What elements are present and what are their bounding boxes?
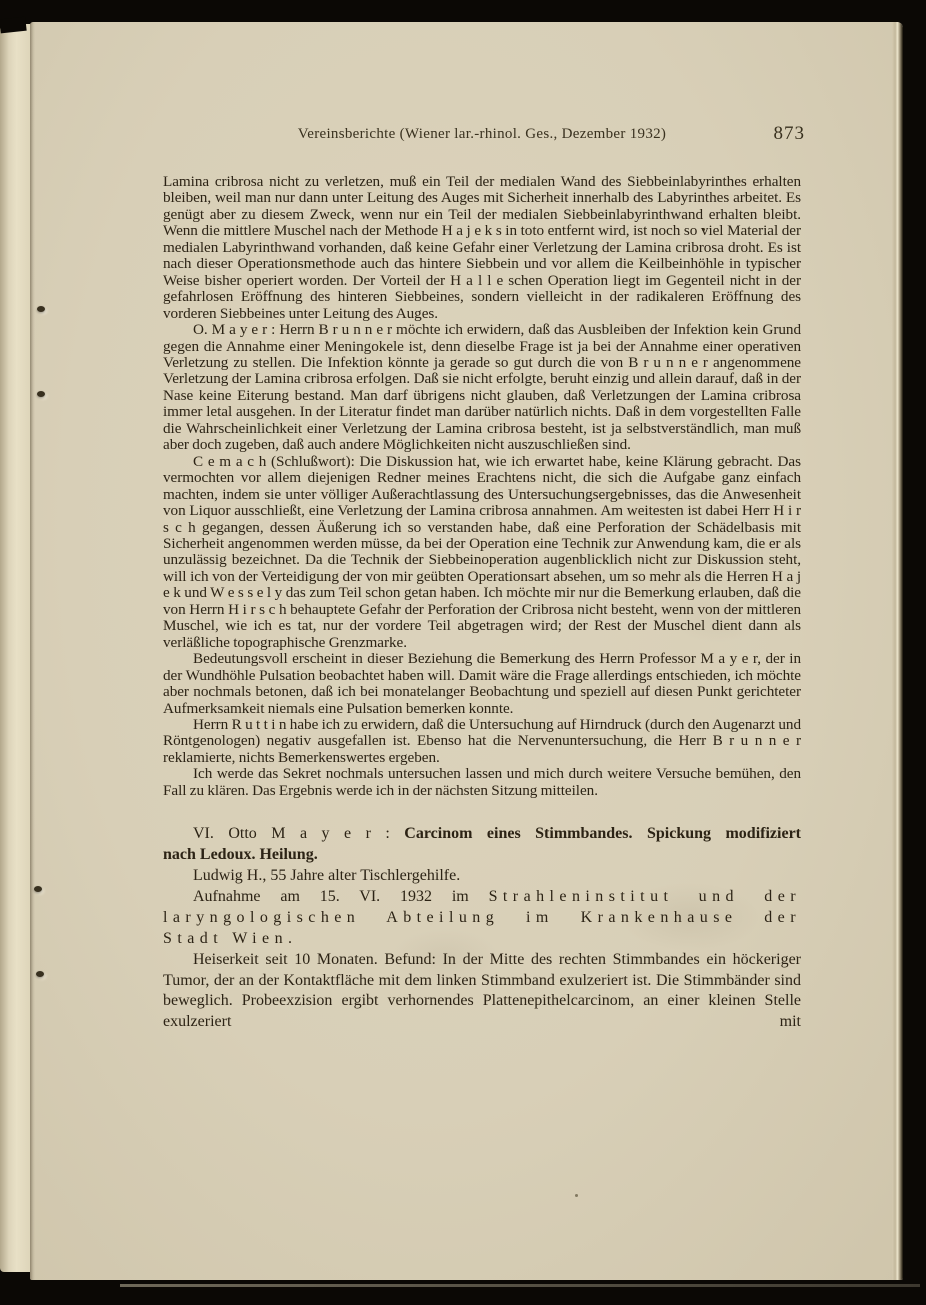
book-page: Vereinsberichte (Wiener lar.-rhinol. Ges… (30, 22, 903, 1280)
admission-paragraph: Aufnahme am 15. VI. 1932 im Strahleninst… (163, 887, 801, 950)
findings-paragraph: Heiserkeit seit 10 Monaten. Befund: In d… (163, 950, 801, 1034)
case-title: Carcinom eines Stimmbandes. Spickung mod… (404, 825, 801, 842)
admission-date: Aufnahme am 15. VI. 1932 im (193, 888, 489, 905)
page-number: 873 (774, 123, 806, 145)
institution-name: laryngologischen Abteilung im Krankenhau… (163, 909, 801, 926)
page-block-edge (892, 22, 903, 1280)
page-edge-hairline (120, 1284, 920, 1287)
binding-hole (36, 971, 44, 977)
scan-shadow-notch (0, 17, 27, 34)
binding-hole (37, 391, 45, 397)
paragraph: O. M a y e r : Herrn B r u n n e r möcht… (163, 322, 801, 454)
binding-crease (30, 22, 35, 1280)
page-header: Vereinsberichte (Wiener lar.-rhinol. Ges… (163, 126, 801, 148)
paragraph: Ich werde das Sekret nochmals untersuche… (163, 766, 801, 799)
binding-hole (34, 886, 42, 892)
running-title: Vereinsberichte (Wiener lar.-rhinol. Ges… (163, 126, 801, 143)
paragraph: Herrn R u t t i n habe ich zu erwidern, … (163, 717, 801, 766)
paragraph: C e m a c h (Schlußwort): Die Diskussion… (163, 454, 801, 651)
previous-page-edge (0, 24, 30, 1272)
discussion-section: Lamina cribrosa nicht zu verletzen, muß … (163, 174, 801, 799)
text-block: Vereinsberichte (Wiener lar.-rhinol. Ges… (163, 126, 801, 1033)
scanned-book-page: { "scan": { "background_color": "#0b0805… (0, 0, 926, 1305)
patient-line: Ludwig H., 55 Jahre alter Tischlergehilf… (163, 866, 801, 887)
ink-speck (575, 1194, 578, 1197)
case-heading: VI. Otto M a y e r : Carcinom eines Stim… (163, 824, 801, 866)
paragraph: Lamina cribrosa nicht zu verletzen, muß … (163, 174, 801, 322)
case-report-section: VI. Otto M a y e r : Carcinom eines Stim… (163, 824, 801, 1033)
paragraph: Bedeutungsvoll erscheint in dieser Bezie… (163, 651, 801, 717)
institution-name: Strahleninstitut und der (489, 888, 801, 905)
institution-name: Stadt Wien. (163, 930, 297, 947)
binding-hole (37, 306, 45, 312)
case-title-continued: nach Ledoux. Heilung. (163, 846, 318, 863)
case-number-and-author: VI. Otto M a y e r : (193, 825, 404, 842)
